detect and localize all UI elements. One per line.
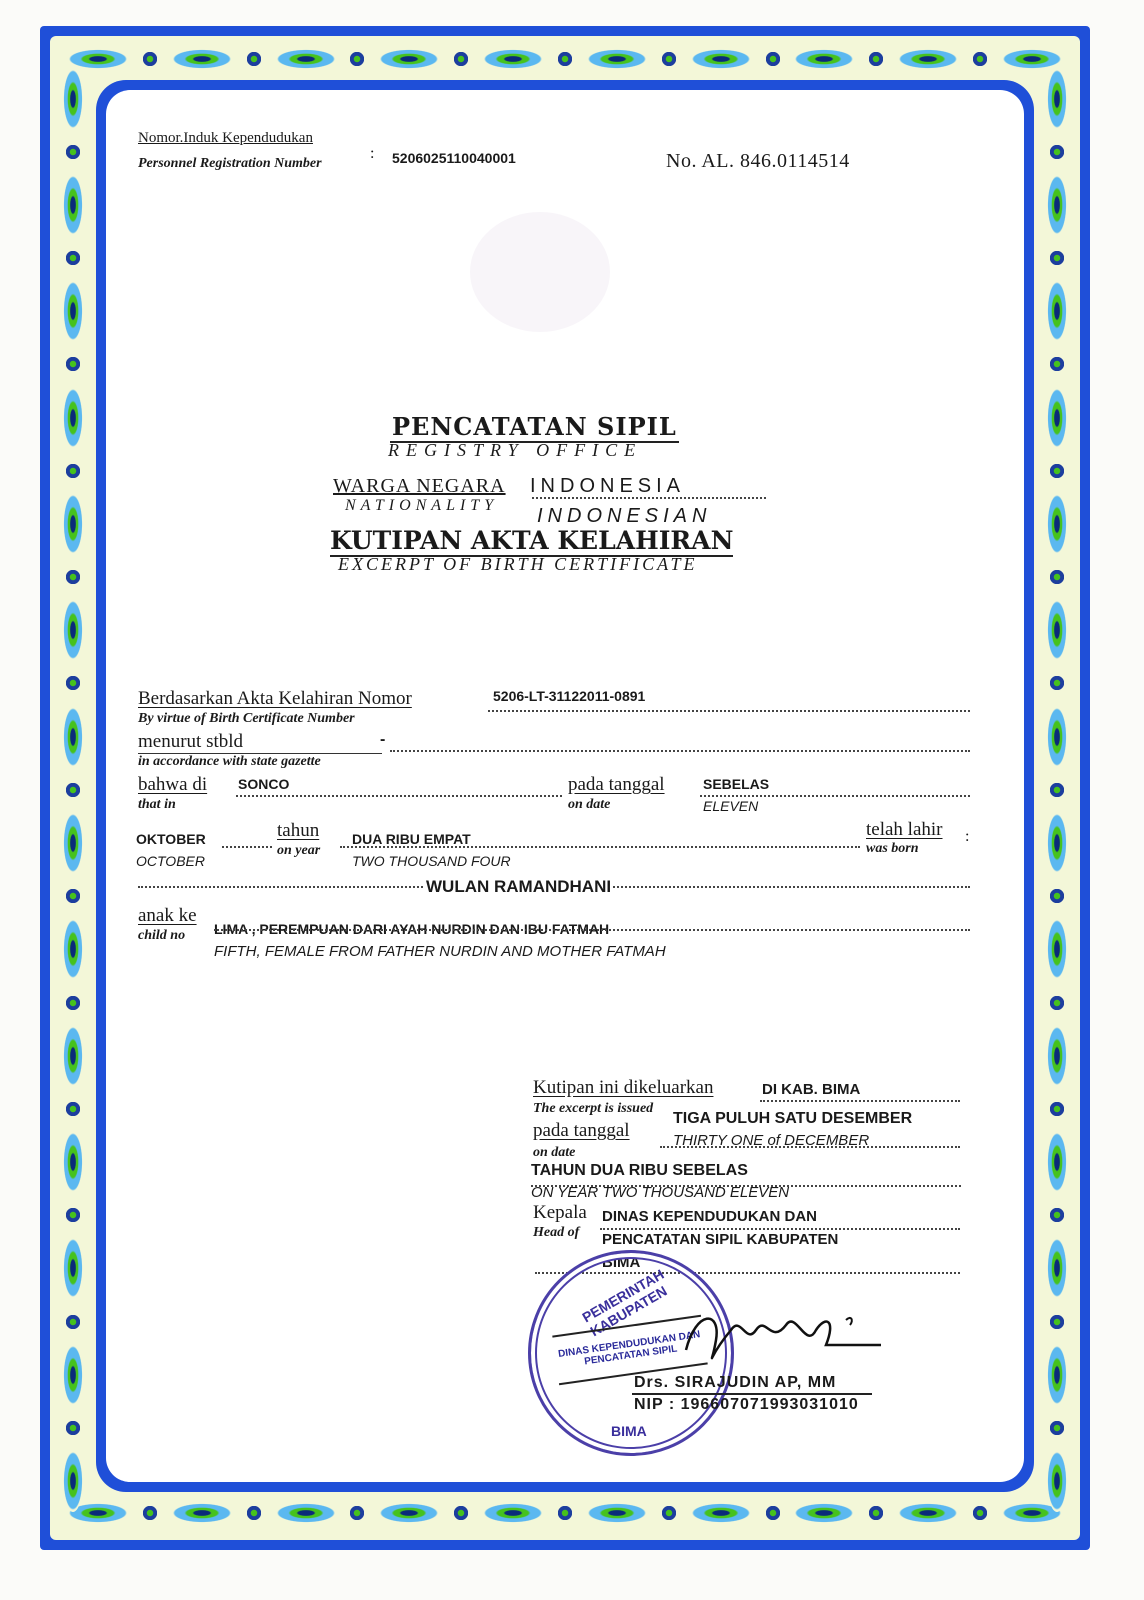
border-lens-ornament [1047, 706, 1067, 768]
issued-place: DI KAB. BIMA [762, 1081, 860, 1098]
child-name: WULAN RAMANDHANI [424, 877, 613, 897]
border-dot-ornament [66, 1208, 80, 1222]
border-lens-ornament [63, 1450, 83, 1512]
border-dot-ornament [1050, 889, 1064, 903]
nationality-value: INDONESIA [530, 475, 685, 498]
border-dot-ornament [869, 1506, 883, 1520]
nik-value: 5206025110040001 [392, 150, 516, 166]
official-nip: NIP : 196607071993031010 [634, 1396, 859, 1414]
born-label: telah lahir [866, 819, 943, 841]
border-dot-ornament [1050, 1421, 1064, 1435]
border-dot-ornament [454, 1506, 468, 1520]
border-lens-ornament [1047, 918, 1067, 980]
date-dotted-line [700, 795, 970, 797]
border-dot-ornament [1050, 357, 1064, 371]
issued-place-dotted-line [760, 1100, 960, 1102]
border-dot-ornament [66, 676, 80, 690]
border-lens-ornament [793, 1503, 855, 1523]
border-dot-ornament [66, 357, 80, 371]
border-dot-ornament [766, 1506, 780, 1520]
place-label: bahwa di [138, 774, 207, 796]
border-dot-ornament [1050, 251, 1064, 265]
border-dot-ornament [66, 783, 80, 797]
signature [676, 1300, 886, 1370]
border-lens-ornament [897, 1503, 959, 1523]
border-lens-ornament [63, 706, 83, 768]
child-order-value-en: FIFTH, FEMALE FROM FATHER NURDIN AND MOT… [214, 943, 666, 960]
issued-label-en: The excerpt is issued [533, 1101, 653, 1117]
border-lens-ornament [63, 812, 83, 874]
border-dot-ornament [1050, 145, 1064, 159]
border-lens-ornament [586, 49, 648, 69]
birth-year-value: DUA RIBU EMPAT [352, 831, 471, 847]
bottom-border-ornaments [60, 1498, 1070, 1528]
border-dot-ornament [973, 1506, 987, 1520]
border-lens-ornament [1047, 1344, 1067, 1406]
border-dot-ornament [558, 1506, 572, 1520]
border-lens-ornament [1047, 812, 1067, 874]
border-dot-ornament [1050, 783, 1064, 797]
border-lens-ornament [378, 49, 440, 69]
year-label: tahun [277, 820, 319, 842]
border-dot-ornament [66, 1421, 80, 1435]
date-label: pada tanggal [568, 774, 665, 796]
month-dotted-line [222, 846, 272, 848]
stbld-label: menurut stbld [138, 731, 243, 753]
border-dot-ornament [662, 52, 676, 66]
nationality-label-en: NATIONALITY [345, 497, 498, 515]
border-lens-ornament [63, 174, 83, 236]
head-office-line2: PENCATATAN SIPIL KABUPATEN [602, 1231, 838, 1248]
border-lens-ornament [63, 493, 83, 555]
stbld-value: - [380, 731, 385, 749]
border-dot-ornament [66, 996, 80, 1010]
place-dotted-line [236, 795, 562, 797]
border-lens-ornament [482, 49, 544, 69]
watermark-emblem [470, 212, 610, 332]
border-dot-ornament [973, 52, 987, 66]
stbld-label-en: in accordance with state gazette [138, 754, 321, 770]
border-dot-ornament [247, 1506, 261, 1520]
border-lens-ornament [1047, 1237, 1067, 1299]
top-border-ornaments [60, 44, 1070, 74]
stbld-dotted-line [390, 750, 970, 752]
border-lens-ornament [1047, 280, 1067, 342]
border-dot-ornament [1050, 1315, 1064, 1329]
border-lens-ornament [793, 49, 855, 69]
border-lens-ornament [1047, 1131, 1067, 1193]
cert-number-dotted-line [488, 710, 970, 712]
issued-year-value-en: ON YEAR TWO THOUSAND ELEVEN [531, 1184, 789, 1201]
border-dot-ornament [1050, 1102, 1064, 1116]
border-lens-ornament [1047, 1025, 1067, 1087]
border-dot-ornament [143, 52, 157, 66]
border-dot-ornament [247, 52, 261, 66]
border-dot-ornament [66, 1315, 80, 1329]
birth-year-value-en: TWO THOUSAND FOUR [352, 853, 511, 869]
border-lens-ornament [275, 49, 337, 69]
border-dot-ornament [1050, 464, 1064, 478]
border-dot-ornament [350, 1506, 364, 1520]
border-dot-ornament [143, 1506, 157, 1520]
head-dotted-line-1 [600, 1228, 960, 1230]
child-order-label: anak ke [138, 905, 197, 927]
stamp-ring-bottom: BIMA [611, 1423, 647, 1439]
nationality-dotted-line [532, 497, 766, 499]
cert-number-label: Berdasarkan Akta Kelahiran Nomor [138, 688, 412, 710]
birth-month-value-en: OCTOBER [136, 853, 205, 869]
left-border-ornaments [58, 60, 88, 1520]
border-lens-ornament [63, 1237, 83, 1299]
document-title-en: EXCERPT OF BIRTH CERTIFICATE [338, 554, 697, 575]
border-dot-ornament [1050, 676, 1064, 690]
issued-date-value: TIGA PULUH SATU DESEMBER [673, 1110, 912, 1128]
border-lens-ornament [63, 280, 83, 342]
border-lens-ornament [1047, 68, 1067, 130]
child-dotted-line [214, 929, 970, 931]
right-border-ornaments [1042, 60, 1072, 1520]
border-lens-ornament [1047, 493, 1067, 555]
nationality-label: WARGA NEGARA [333, 475, 506, 498]
year-label-en: on year [277, 843, 320, 859]
issued-year-value: TAHUN DUA RIBU SEBELAS [531, 1162, 748, 1180]
nik-colon: : [370, 145, 374, 163]
border-lens-ornament [378, 1503, 440, 1523]
border-dot-ornament [869, 52, 883, 66]
child-order-label-en: child no [138, 928, 185, 944]
border-dot-ornament [66, 570, 80, 584]
border-lens-ornament [63, 1344, 83, 1406]
issued-label: Kutipan ini dikeluarkan [533, 1077, 713, 1099]
border-lens-ornament [690, 1503, 752, 1523]
border-lens-ornament [63, 68, 83, 130]
border-dot-ornament [766, 52, 780, 66]
border-lens-ornament [63, 599, 83, 661]
border-dot-ornament [1050, 570, 1064, 584]
border-dot-ornament [454, 52, 468, 66]
born-colon: : [965, 828, 969, 846]
border-lens-ornament [1047, 174, 1067, 236]
border-lens-ornament [63, 918, 83, 980]
cert-number-label-en: By virtue of Birth Certificate Number [138, 711, 355, 727]
border-lens-ornament [63, 1025, 83, 1087]
border-dot-ornament [1050, 996, 1064, 1010]
document-title: KUTIPAN AKTA KELAHIRAN [330, 526, 733, 557]
issued-date-dotted-line [660, 1146, 960, 1148]
official-name: Drs. SIRAJUDIN AP, MM [634, 1374, 836, 1392]
place-label-en: that in [138, 797, 176, 813]
border-dot-ornament [66, 889, 80, 903]
nik-label-en: Personnel Registration Number [138, 156, 322, 172]
official-name-underline [632, 1393, 872, 1395]
birth-day-value-en: ELEVEN [703, 798, 758, 814]
border-lens-ornament [275, 1503, 337, 1523]
cert-number-value: 5206-LT-31122011-0891 [493, 688, 645, 704]
border-lens-ornament [63, 1131, 83, 1193]
date-label-en: on date [568, 797, 610, 813]
issued-date-label: pada tanggal [533, 1120, 630, 1142]
office-title-en: REGISTRY OFFICE [388, 440, 642, 461]
border-dot-ornament [662, 1506, 676, 1520]
head-office-line1: DINAS KEPENDUDUKAN DAN [602, 1208, 817, 1225]
border-dot-ornament [66, 251, 80, 265]
border-dot-ornament [558, 52, 572, 66]
border-lens-ornament [171, 49, 233, 69]
border-lens-ornament [1047, 387, 1067, 449]
border-dot-ornament [66, 464, 80, 478]
border-lens-ornament [482, 1503, 544, 1523]
year-dotted-line [340, 846, 860, 848]
border-lens-ornament [897, 49, 959, 69]
document-number: No. AL. 846.0114514 [666, 150, 850, 173]
border-lens-ornament [63, 387, 83, 449]
office-title: PENCATATAN SIPIL [390, 412, 679, 443]
border-dot-ornament [66, 1102, 80, 1116]
issued-date-label-en: on date [533, 1145, 575, 1161]
head-label: Kepala [533, 1202, 587, 1224]
border-dot-ornament [66, 145, 80, 159]
nationality-value-en: INDONESIAN [537, 505, 711, 528]
born-label-en: was born [866, 841, 919, 857]
border-lens-ornament [1047, 599, 1067, 661]
border-lens-ornament [1047, 1450, 1067, 1512]
border-lens-ornament [171, 1503, 233, 1523]
birth-place-value: SONCO [238, 776, 289, 792]
nik-label: Nomor.Induk Kependudukan [138, 130, 313, 147]
birth-day-value: SEBELAS [703, 776, 769, 792]
birth-month-value: OKTOBER [136, 831, 206, 847]
border-dot-ornament [350, 52, 364, 66]
head-label-en: Head of [533, 1225, 579, 1241]
border-lens-ornament [586, 1503, 648, 1523]
border-dot-ornament [1050, 1208, 1064, 1222]
border-lens-ornament [690, 49, 752, 69]
